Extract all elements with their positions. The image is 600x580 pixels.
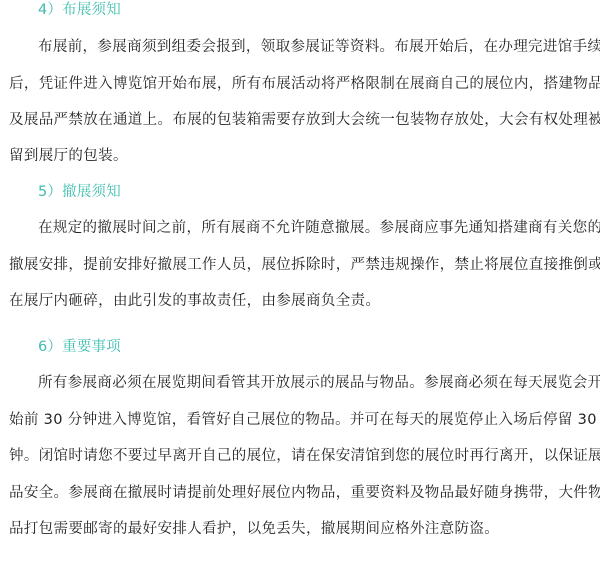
paragraph-line: 撤展安排，提前安排好撤展工作人员，展位拆除时，严禁违规操作，禁止将展位直接推倒或 xyxy=(9,255,600,275)
paragraph-line: 始前 30 分钟进入博览馆，看管好自己展位的物品。并可在每天的展览停止入场后停留… xyxy=(9,410,600,430)
paragraph-line: 及展品严禁放在通道上。布展的包装箱需要存放到大会统一包装物存放处，大会有权处理被 xyxy=(9,110,600,130)
paragraph-line: 后，凭证件进入博览馆开始布展，所有布展活动将严格限制在展商自己的展位内，搭建物品 xyxy=(9,74,600,94)
paragraph-line: 品安全。参展商在撤展时请提前处理好展位内物品，重要资料及物品最好随身携带，大件物 xyxy=(9,483,600,503)
paragraph-line: 留到展厅的包装。 xyxy=(9,146,128,166)
paragraph-line: 在规定的撤展时间之前，所有展商不允许随意撤展。参展商应事先通知搭建商有关您的 xyxy=(38,218,600,238)
section-heading-important-matters: 6）重要事项 xyxy=(38,337,121,357)
section-heading-setup-notice: 4）布展须知 xyxy=(38,0,121,20)
paragraph-line: 钟。闭馆时请您不要过早离开自己的展位，请在保安清馆到您的展位时再行离开，以保证展 xyxy=(9,446,600,466)
section-heading-teardown-notice: 5）撤展须知 xyxy=(38,182,121,202)
paragraph-line: 所有参展商必须在展览期间看管其开放展示的展品与物品。参展商必须在每天展览会开 xyxy=(38,373,600,393)
paragraph-line: 品打包需要邮寄的最好安排人看护，以免丢失，撤展期间应格外注意防盗。 xyxy=(9,519,499,539)
paragraph-line: 布展前，参展商须到组委会报到，领取参展证等资料。布展开始后，在办理完进馆手续 xyxy=(38,37,600,57)
paragraph-line: 在展厅内砸碎，由此引发的事故责任，由参展商负全责。 xyxy=(9,291,380,311)
